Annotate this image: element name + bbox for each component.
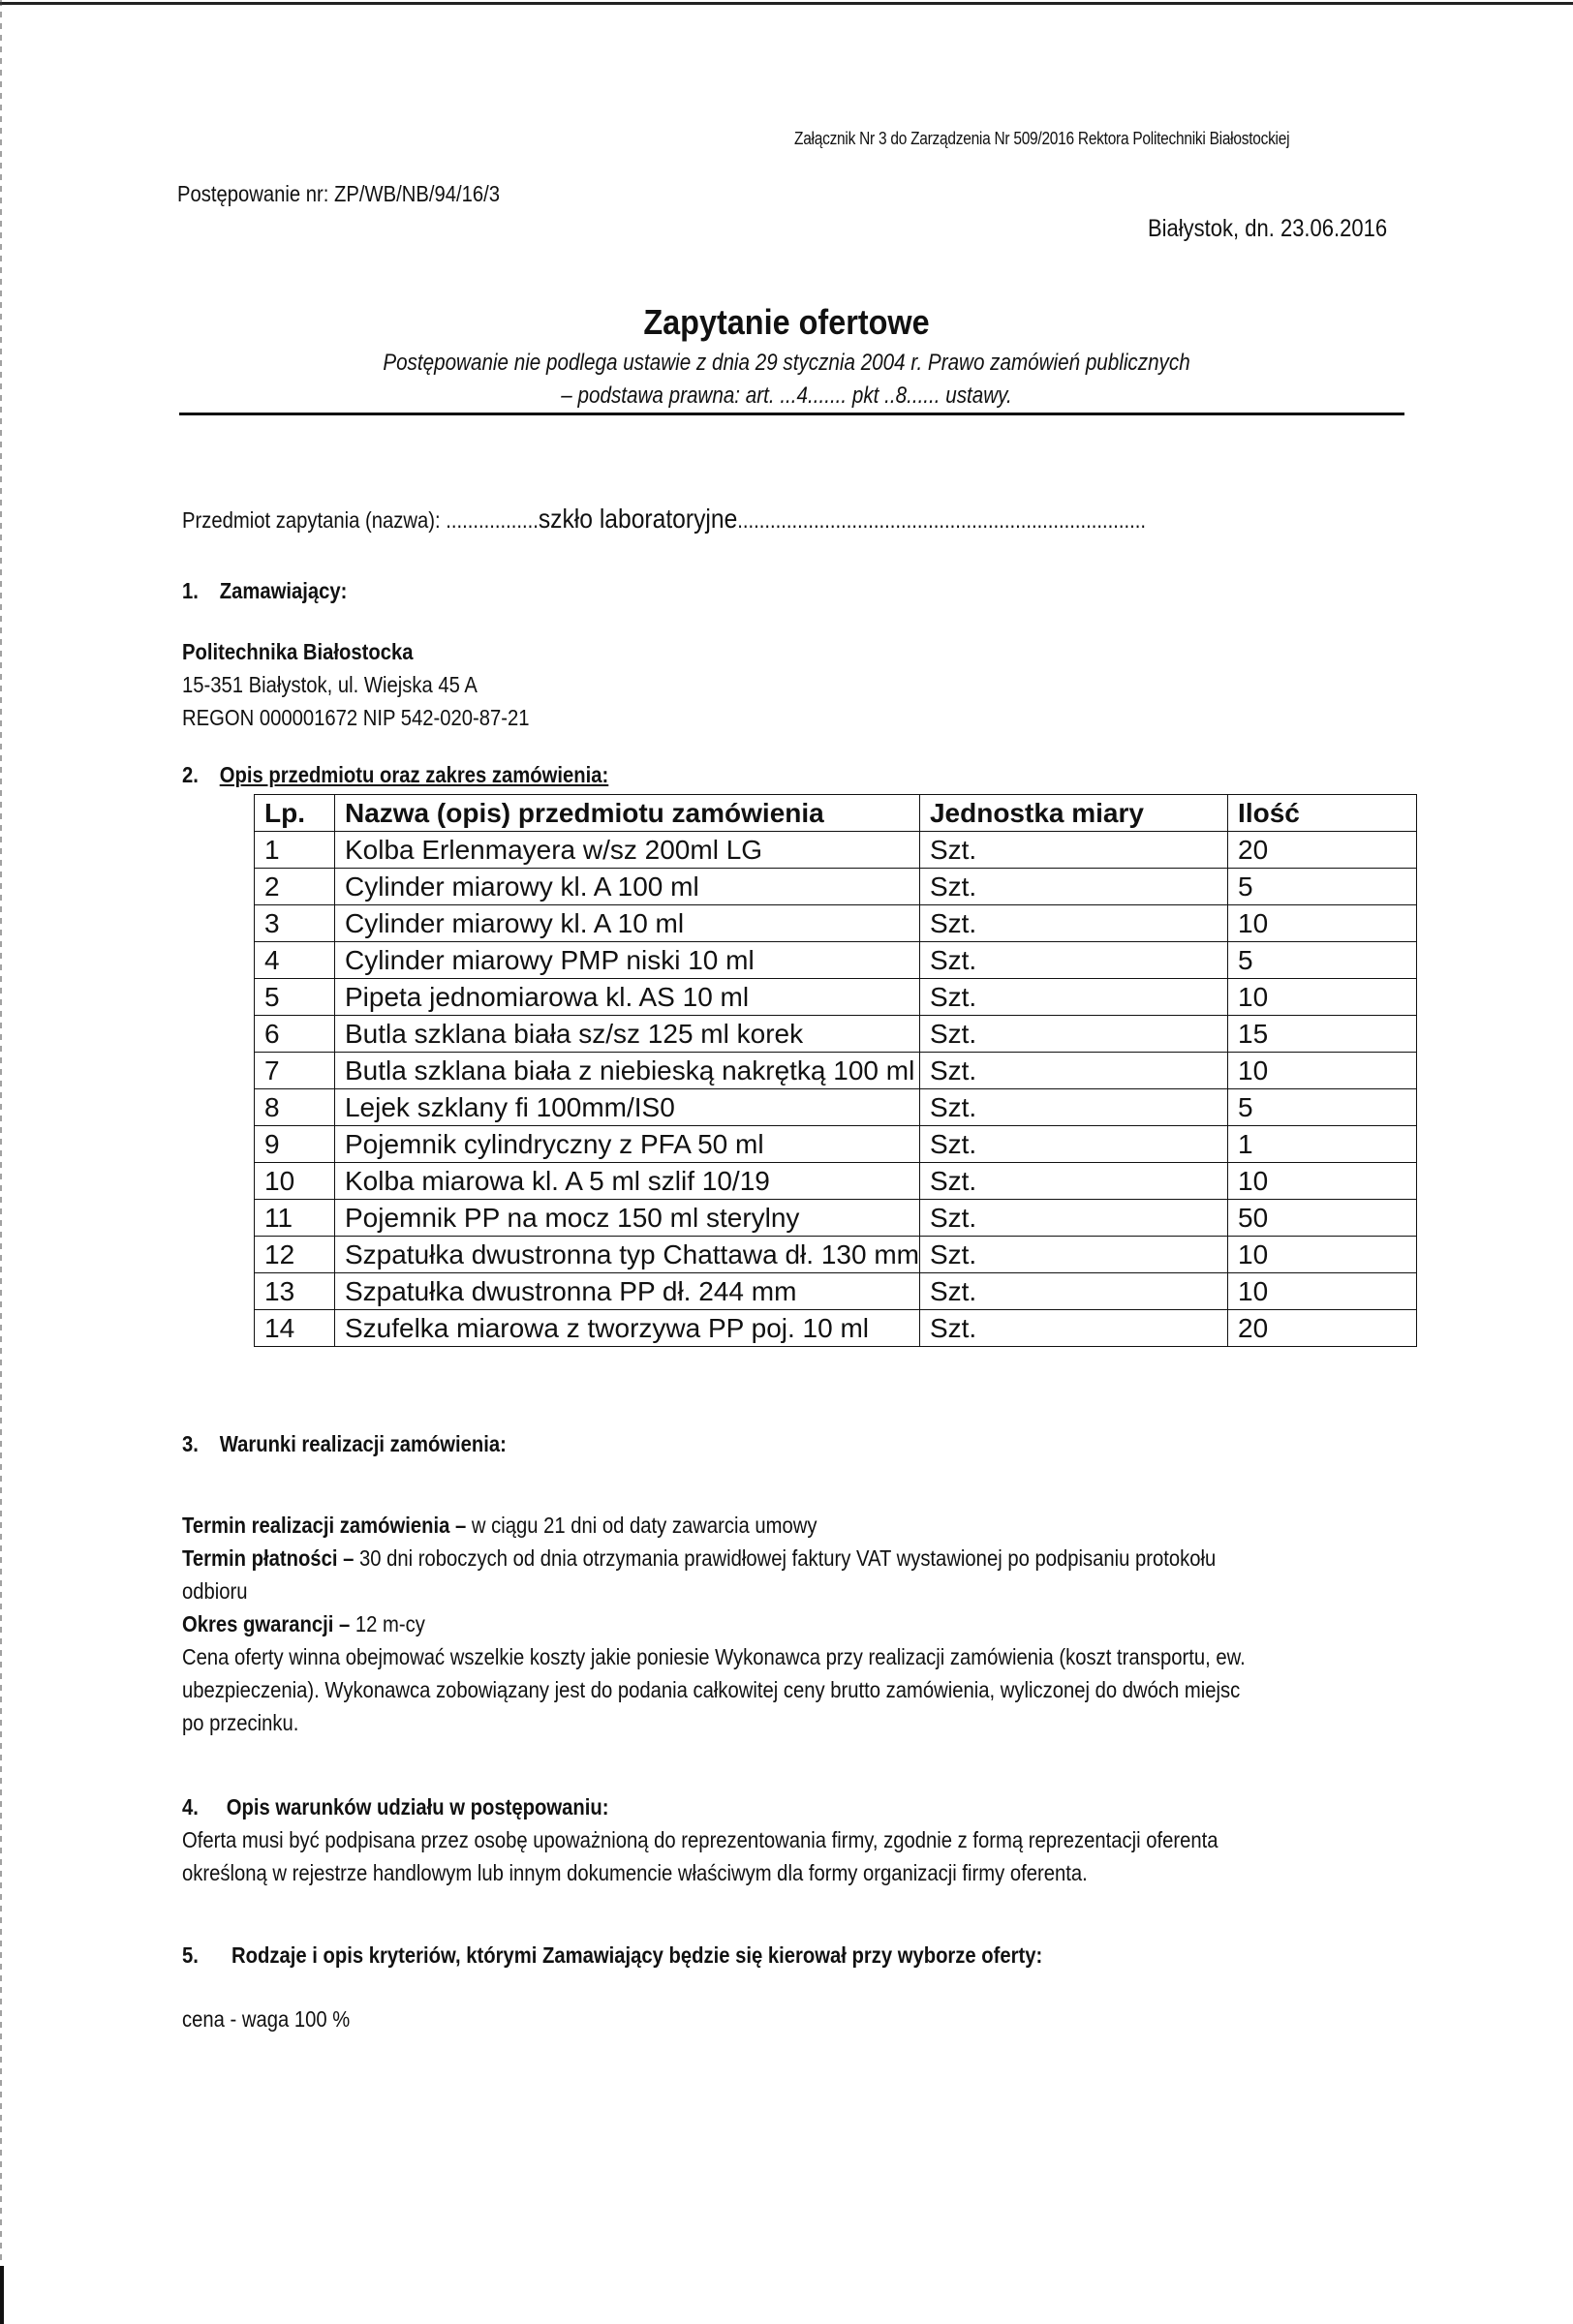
table-row: 2Cylinder miarowy kl. A 100 mlSzt.5 [255,869,1417,905]
section-3-heading: 3.Warunki realizacji zamówienia: [182,1431,507,1457]
case-number: Postępowanie nr: ZP/WB/NB/94/16/3 [177,181,500,207]
payment-term-continued: odbioru [182,1575,248,1607]
table-row: 3Cylinder miarowy kl. A 10 mlSzt.10 [255,905,1417,942]
cell-unit: Szt. [919,905,1227,942]
cell-name: Cylinder miarowy kl. A 100 ml [334,869,919,905]
subject-value: szkło laboratoryjne [539,504,737,534]
cell-quantity: 20 [1228,832,1417,869]
price-note-line-3: po przecinku. [182,1706,298,1739]
section-title: Opis warunków udziału w postępowaniu: [227,1794,609,1819]
price-note-line-2: ubezpieczenia). Wykonawca zobowiązany je… [182,1673,1240,1706]
table-row: 4Cylinder miarowy PMP niski 10 mlSzt.5 [255,942,1417,979]
annex-reference: Załącznik Nr 3 do Zarządzenia Nr 509/201… [794,129,1289,149]
cell-unit: Szt. [919,1273,1227,1310]
orderer-ids: REGON 000001672 NIP 542-020-87-21 [182,701,530,734]
cell-lp: 1 [255,832,335,869]
cell-lp: 8 [255,1089,335,1126]
cell-lp: 7 [255,1053,335,1089]
section-4-heading: 4.Opis warunków udziału w postępowaniu: [182,1794,608,1820]
section-number: 5. [182,1942,231,1969]
cell-quantity: 5 [1228,869,1417,905]
table-row: 5Pipeta jednomiarowa kl. AS 10 mlSzt.10 [255,979,1417,1016]
column-header-unit: Jednostka miary [919,795,1227,832]
table-row: 7Butla szklana biała z niebieską nakrętk… [255,1053,1417,1089]
cell-unit: Szt. [919,1089,1227,1126]
cell-name: Kolba miarowa kl. A 5 ml szlif 10/19 [334,1163,919,1200]
payment-term: Termin płatności – 30 dni roboczych od d… [182,1542,1216,1575]
cell-name: Butla szklana biała sz/sz 125 ml korek [334,1016,919,1053]
cell-unit: Szt. [919,1053,1227,1089]
section-number: 3. [182,1431,220,1457]
payment-term-value: 30 dni roboczych od dnia otrzymania praw… [354,1545,1216,1571]
cell-quantity: 10 [1228,1163,1417,1200]
scan-edge-left [0,0,2,2324]
table-row: 11Pojemnik PP na mocz 150 ml sterylnySzt… [255,1200,1417,1237]
criterion-price: cena - waga 100 % [182,2003,350,2035]
scan-edge-top [0,2,1573,5]
section-1-heading: 1.Zamawiający: [182,578,347,604]
cell-quantity: 1 [1228,1126,1417,1163]
section-5-heading: 5.Rodzaje i opis kryteriów, którymi Zama… [182,1942,1042,1969]
cell-unit: Szt. [919,1126,1227,1163]
cell-unit: Szt. [919,832,1227,869]
column-header-name: Nazwa (opis) przedmiotu zamówienia [334,795,919,832]
section-title: Warunki realizacji zamówienia: [220,1431,507,1456]
column-header-quantity: Ilość [1228,795,1417,832]
document-title: Zapytanie ofertowe [78,302,1495,343]
items-table: Lp. Nazwa (opis) przedmiotu zamówienia J… [254,794,1417,1347]
cell-quantity: 10 [1228,905,1417,942]
cell-name: Pojemnik PP na mocz 150 ml sterylny [334,1200,919,1237]
cell-quantity: 50 [1228,1200,1417,1237]
cell-unit: Szt. [919,979,1227,1016]
warranty-period: Okres gwarancji – 12 m-cy [182,1607,425,1640]
orderer-address: 15-351 Białystok, ul. Wiejska 45 A [182,668,478,701]
cell-quantity: 10 [1228,1237,1417,1273]
column-header-lp: Lp. [255,795,335,832]
cell-lp: 6 [255,1016,335,1053]
cell-name: Pojemnik cylindryczny z PFA 50 ml [334,1126,919,1163]
cell-lp: 10 [255,1163,335,1200]
section-number: 2. [182,762,220,788]
cell-quantity: 15 [1228,1016,1417,1053]
cell-name: Cylinder miarowy PMP niski 10 ml [334,942,919,979]
cell-unit: Szt. [919,942,1227,979]
scan-edge-mark [0,2266,4,2324]
table-row: 1Kolba Erlenmayera w/sz 200ml LGSzt.20 [255,832,1417,869]
cell-name: Kolba Erlenmayera w/sz 200ml LG [334,832,919,869]
cell-lp: 4 [255,942,335,979]
cell-name: Butla szklana biała z niebieską nakrętką… [334,1053,919,1089]
table-row: 9Pojemnik cylindryczny z PFA 50 mlSzt.1 [255,1126,1417,1163]
warranty-value: 12 m-cy [350,1611,425,1636]
cell-lp: 12 [255,1237,335,1273]
cell-quantity: 10 [1228,979,1417,1016]
table-row: 13Szpatułka dwustronna PP dł. 244 mmSzt.… [255,1273,1417,1310]
cell-lp: 3 [255,905,335,942]
cell-unit: Szt. [919,1310,1227,1347]
participation-text-line-1: Oferta musi być podpisana przez osobę up… [182,1823,1218,1856]
cell-lp: 14 [255,1310,335,1347]
section-title: Opis przedmiotu oraz zakres zamówienia: [220,762,609,787]
cell-name: Cylinder miarowy kl. A 10 ml [334,905,919,942]
warranty-label: Okres gwarancji – [182,1611,350,1636]
header-divider [179,413,1404,415]
cell-lp: 5 [255,979,335,1016]
table-row: 8Lejek szklany fi 100mm/IS0Szt.5 [255,1089,1417,1126]
delivery-term-value: w ciągu 21 dni od daty zawarcia umowy [466,1513,817,1538]
cell-unit: Szt. [919,1016,1227,1053]
cell-lp: 11 [255,1200,335,1237]
cell-name: Lejek szklany fi 100mm/IS0 [334,1089,919,1126]
cell-name: Szpatułka dwustronna typ Chattawa dł. 13… [334,1237,919,1273]
legal-note-line-1: Postępowanie nie podlega ustawie z dnia … [110,350,1464,377]
table-row: 10Kolba miarowa kl. A 5 ml szlif 10/19Sz… [255,1163,1417,1200]
price-note-line-1: Cena oferty winna obejmować wszelkie kos… [182,1640,1246,1673]
table-row: 14Szufelka miarowa z tworzywa PP poj. 10… [255,1310,1417,1347]
cell-name: Szufelka miarowa z tworzywa PP poj. 10 m… [334,1310,919,1347]
subject-dots: ........................................… [737,507,1146,533]
cell-unit: Szt. [919,1200,1227,1237]
cell-lp: 13 [255,1273,335,1310]
payment-term-label: Termin płatności – [182,1545,354,1571]
cell-quantity: 5 [1228,1089,1417,1126]
cell-unit: Szt. [919,869,1227,905]
participation-text-line-2: określoną w rejestrze handlowym lub inny… [182,1856,1088,1889]
cell-unit: Szt. [919,1237,1227,1273]
section-title: Zamawiający: [220,578,348,603]
legal-note-line-2: – podstawa prawna: art. ...4....... pkt … [110,382,1464,410]
table-row: 6Butla szklana biała sz/sz 125 ml korekS… [255,1016,1417,1053]
cell-quantity: 5 [1228,942,1417,979]
subject-label: Przedmiot zapytania (nazwa): ...........… [182,507,539,533]
cell-lp: 9 [255,1126,335,1163]
cell-quantity: 20 [1228,1310,1417,1347]
cell-unit: Szt. [919,1163,1227,1200]
table-row: 12Szpatułka dwustronna typ Chattawa dł. … [255,1237,1417,1273]
cell-lp: 2 [255,869,335,905]
delivery-term: Termin realizacji zamówienia – w ciągu 2… [182,1509,817,1542]
section-2-heading: 2.Opis przedmiotu oraz zakres zamówienia… [182,762,608,788]
section-number: 1. [182,578,220,604]
table-header-row: Lp. Nazwa (opis) przedmiotu zamówienia J… [255,795,1417,832]
section-number: 4. [182,1794,227,1820]
section-title: Rodzaje i opis kryteriów, którymi Zamawi… [231,1942,1042,1968]
inquiry-subject: Przedmiot zapytania (nazwa): ...........… [182,504,1146,535]
place-date: Białystok, dn. 23.06.2016 [1148,215,1387,243]
orderer-name: Politechnika Białostocka [182,635,413,668]
cell-quantity: 10 [1228,1273,1417,1310]
cell-name: Pipeta jednomiarowa kl. AS 10 ml [334,979,919,1016]
delivery-term-label: Termin realizacji zamówienia – [182,1513,466,1538]
cell-name: Szpatułka dwustronna PP dł. 244 mm [334,1273,919,1310]
cell-quantity: 10 [1228,1053,1417,1089]
